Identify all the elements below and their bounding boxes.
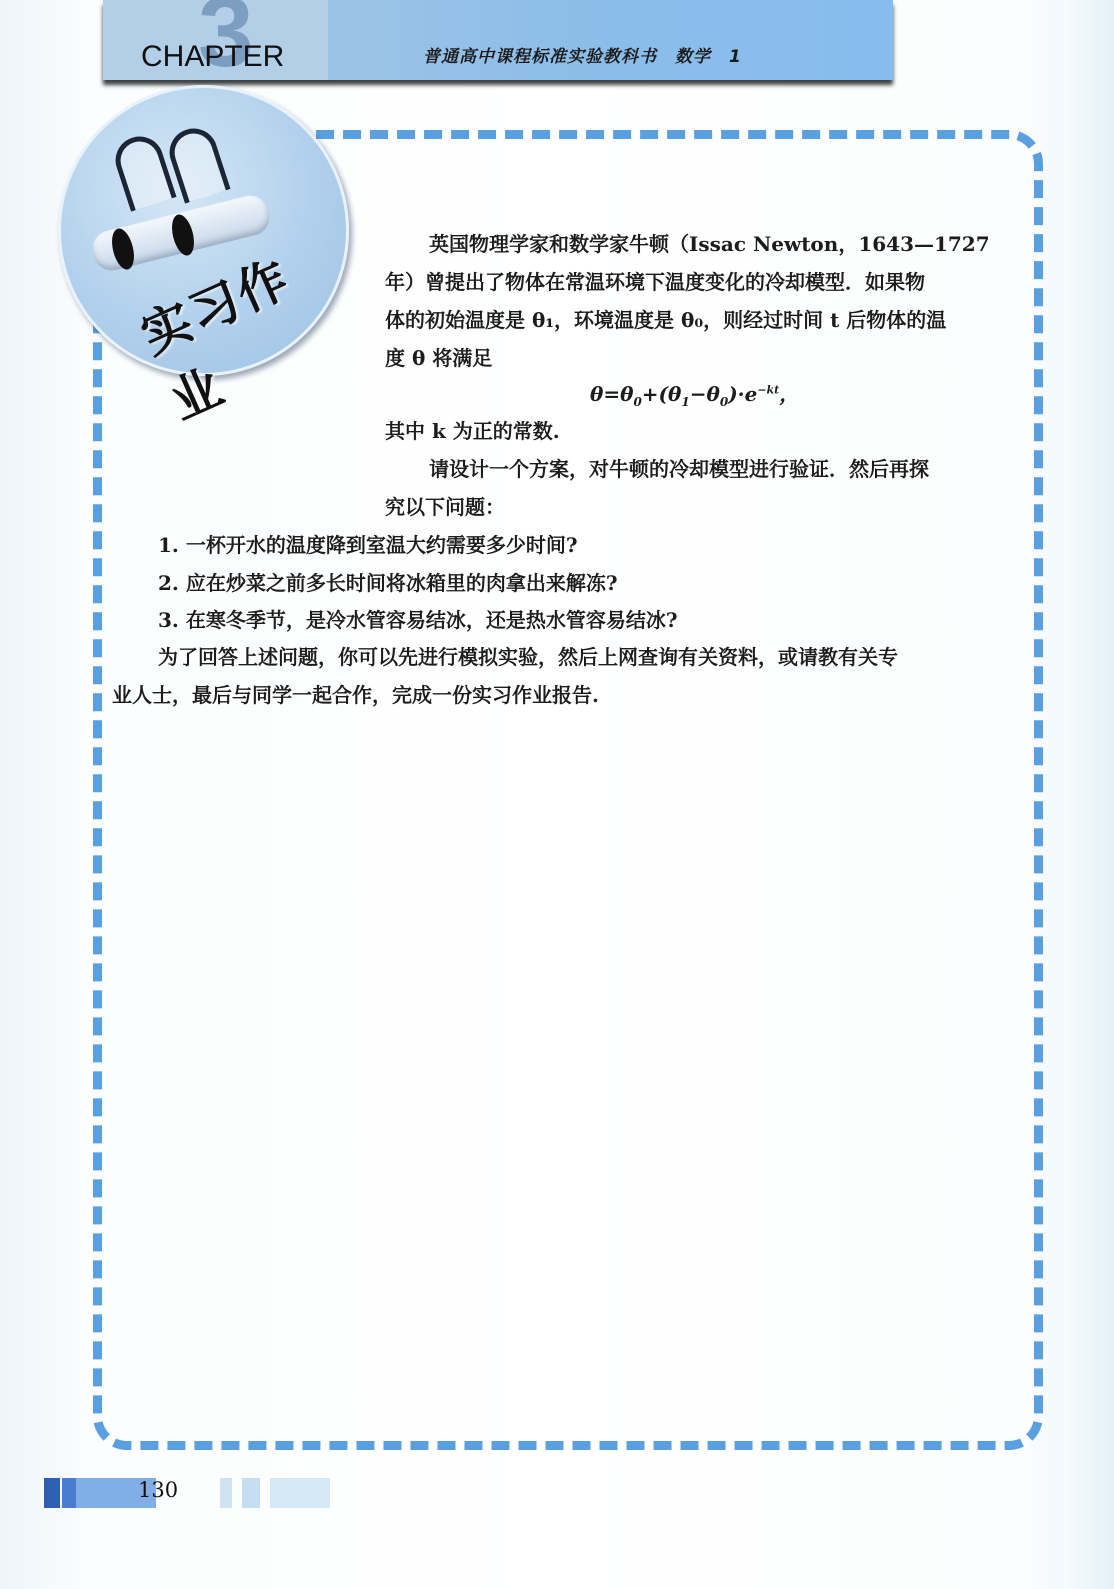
- intro-line-4: 度 θ 将满足: [385, 342, 492, 371]
- chapter-label: CHAPTER: [141, 40, 284, 74]
- task-line-1: 请设计一个方案，对牛顿的冷却模型进行验证．然后再探: [429, 453, 929, 482]
- closing-line-2: 业人士，最后与同学一起合作，完成一份实习作业报告.: [112, 679, 599, 708]
- intro-line-3: 体的初始温度是 θ₁，环境温度是 θ₀，则经过时间 t 后物体的温: [385, 304, 946, 333]
- intro-line-2: 年）曾提出了物体在常温环境下温度变化的冷却模型．如果物: [385, 266, 925, 295]
- closing-line-1: 为了回答上述问题，你可以先进行模拟实验，然后上网查询有关资料，或请教有关专: [158, 641, 898, 670]
- question-1: 1. 一杯开水的温度降到室温大约需要多少时间?: [158, 529, 578, 558]
- page-edge: [1064, 0, 1114, 1589]
- header-banner: 3 CHAPTER 普通高中课程标准实验教科书 数学 1: [103, 0, 893, 80]
- cooling-formula: θ=θ0+(θ1−θ0)·e−kt，: [590, 378, 799, 409]
- constant-note: 其中 k 为正的常数.: [385, 415, 560, 444]
- intro-line-1: 英国物理学家和数学家牛顿（Issac Newton，1643—1727: [429, 228, 990, 257]
- book-title: 普通高中课程标准实验教科书 数学 1: [423, 42, 742, 67]
- page-number: 130: [138, 1478, 178, 1502]
- chapter-box: 3 CHAPTER: [103, 0, 328, 80]
- question-3: 3. 在寒冬季节，是冷水管容易结冰，还是热水管容易结冰?: [158, 604, 678, 633]
- practice-badge: 实习作业: [58, 85, 349, 376]
- question-2: 2. 应在炒菜之前多长时间将冰箱里的肉拿出来解冻?: [158, 567, 618, 596]
- task-line-2: 究以下问题：: [385, 491, 505, 520]
